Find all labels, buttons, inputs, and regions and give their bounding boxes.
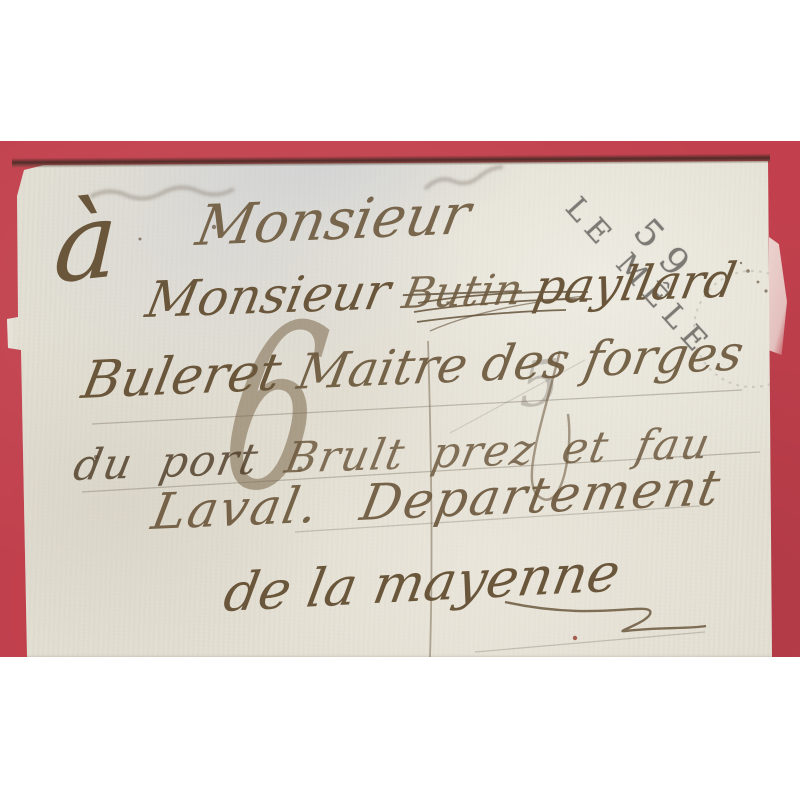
address-line2-struck-name: Butin [398,265,527,319]
photo-red-background: 59 LE MÊLE 6 5 à Monsieur MonsieurButinp… [0,141,800,657]
white-matte-top [0,0,800,141]
letter-paper: 59 LE MÊLE 6 5 à Monsieur MonsieurButinp… [0,141,800,657]
red-wax-dot [573,636,577,640]
address-line3-name: Buleret [77,343,286,411]
address-line-1: Monsieur [192,187,475,255]
product-photo-canvas: 59 LE MÊLE 6 5 à Monsieur MonsieurButinp… [0,0,800,800]
address-salutation-a: à [52,187,120,299]
address-line2-surname: payllard [529,253,741,316]
white-matte-bottom [0,657,800,800]
folded-paper-sliver [769,237,787,355]
address-line2-monsieur: Monsieur [141,263,395,329]
